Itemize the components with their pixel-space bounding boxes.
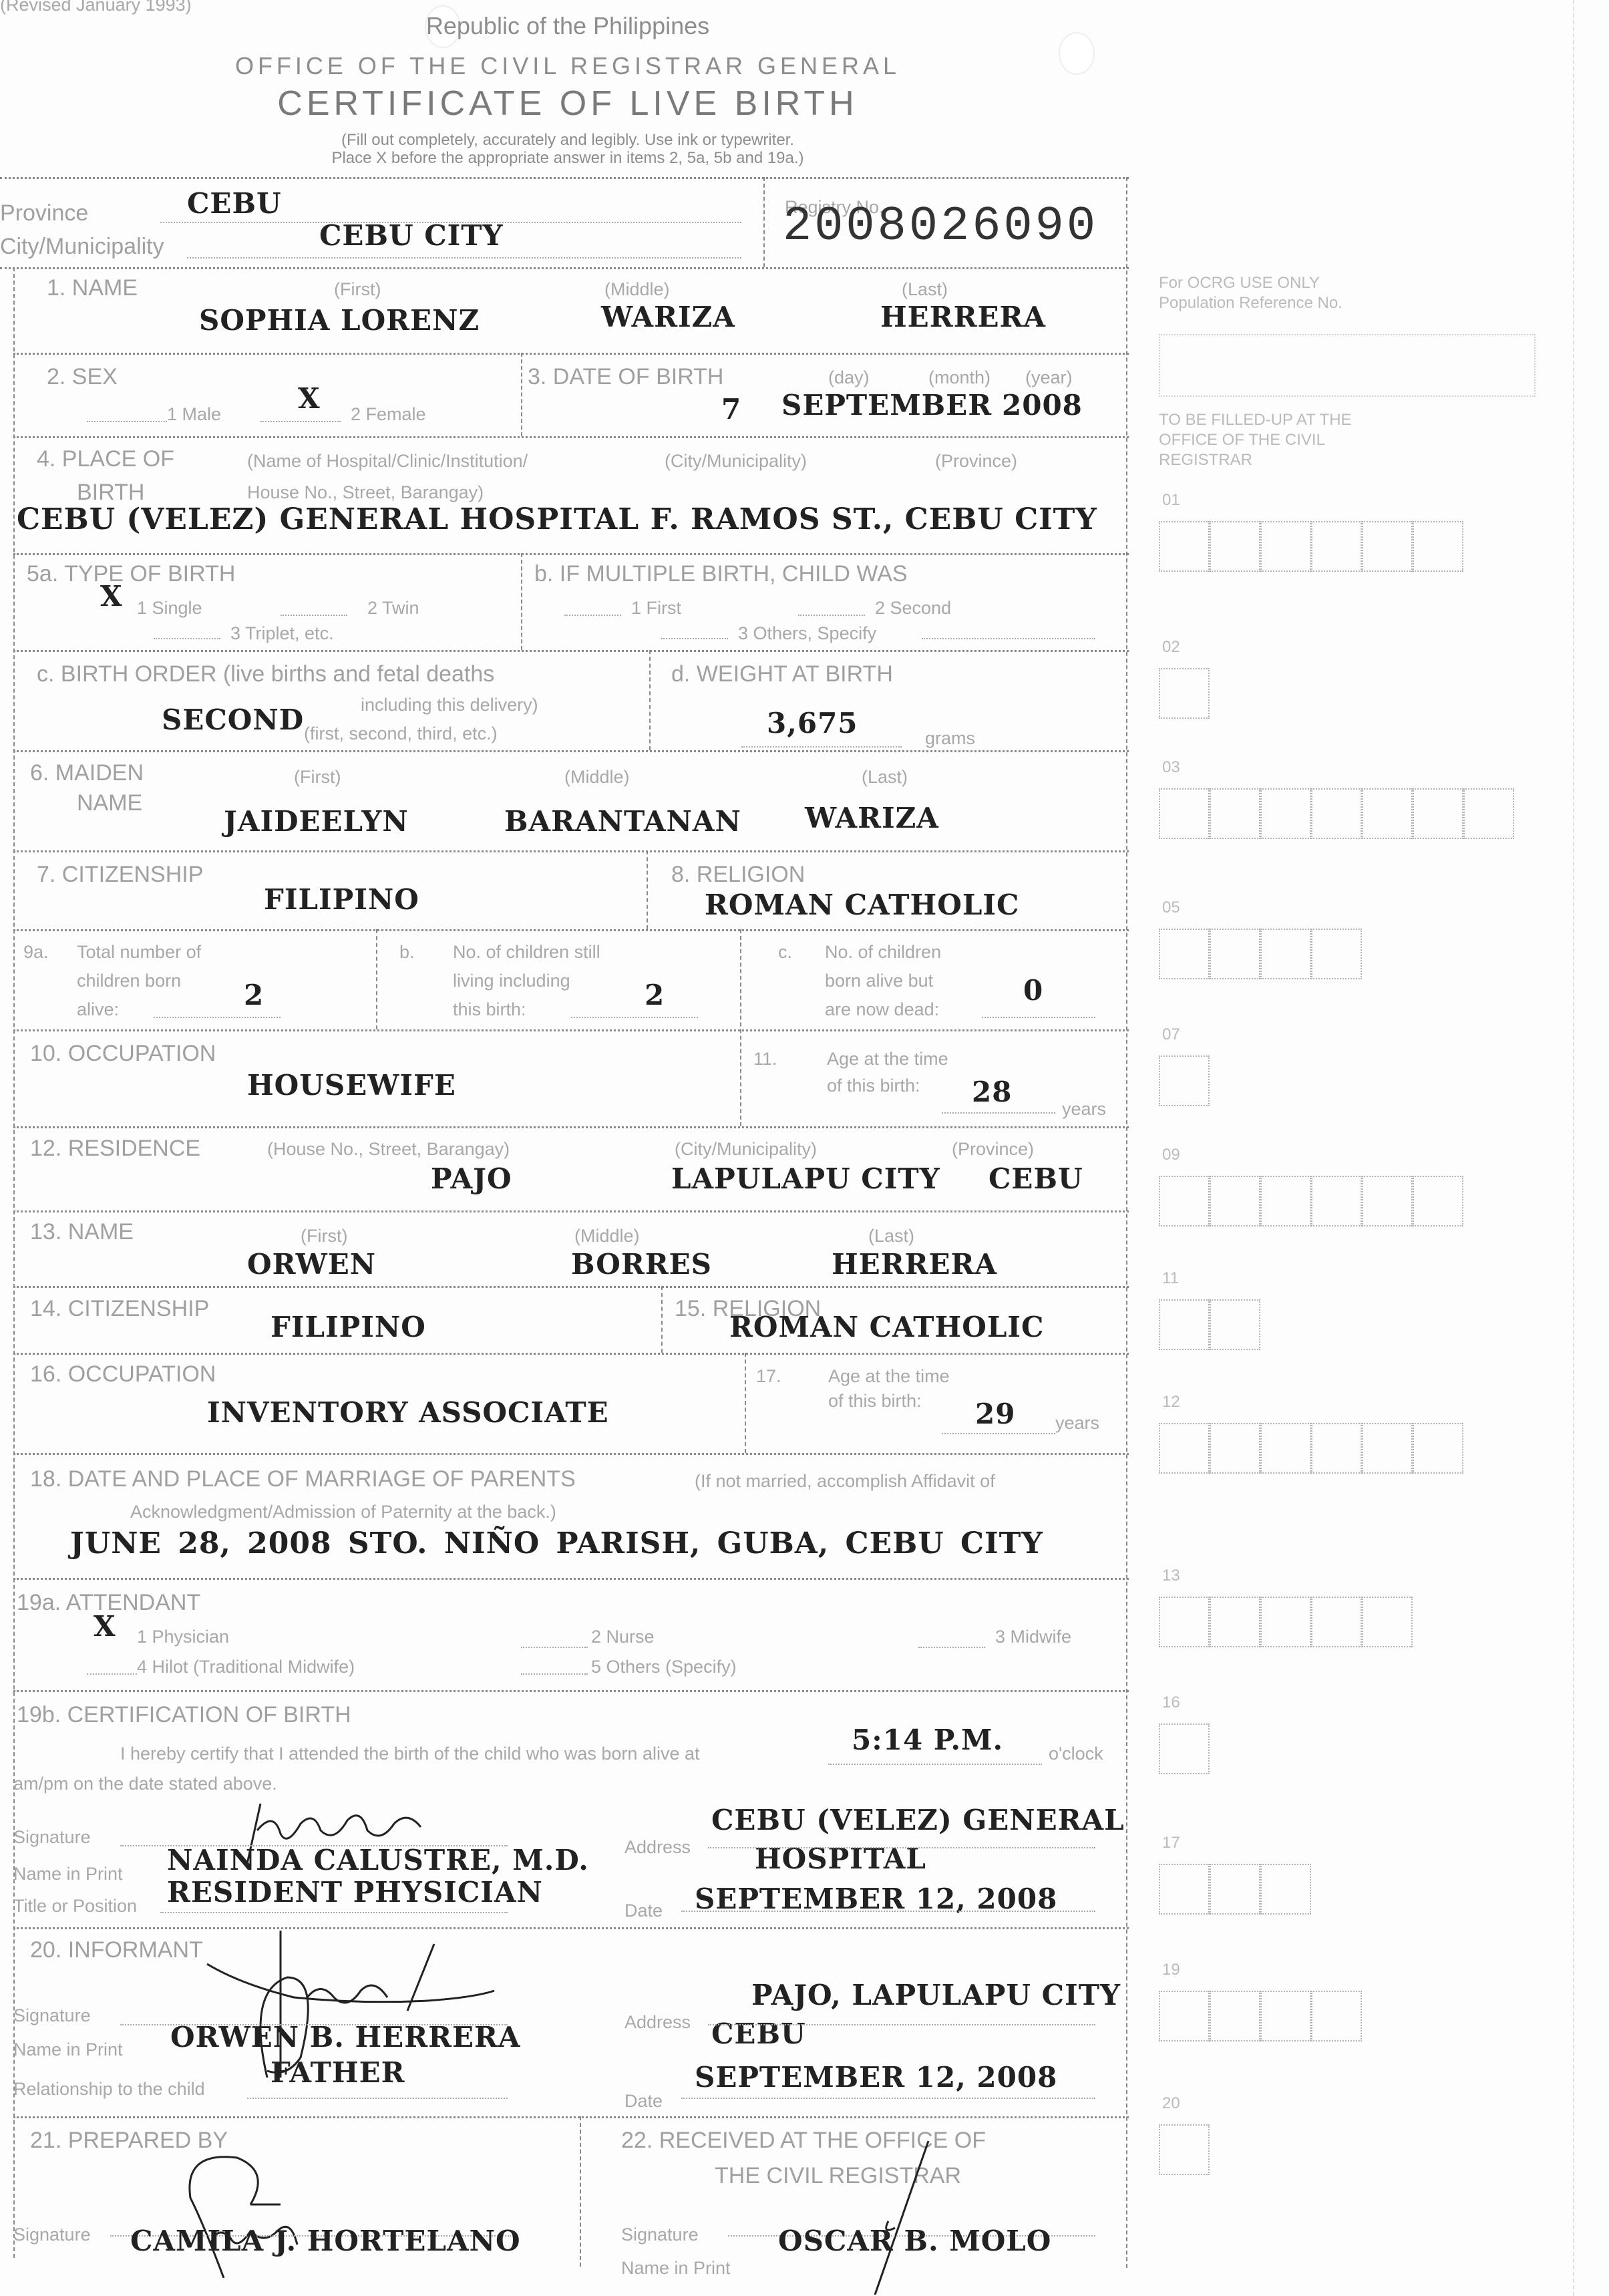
res-hint-3: (Province) [952, 1139, 1034, 1160]
ocrg-code-box [1159, 1864, 1210, 1915]
mother-age-line-2: of this birth: [827, 1076, 920, 1096]
father-occupation-label: 16. OCCUPATION [30, 1361, 216, 1387]
children-living: 2 [645, 979, 665, 1011]
ocrg-code-label: 02 [1162, 638, 1180, 657]
informant-name-label: Name in Print [13, 2039, 123, 2060]
father-citizenship-label: 14. CITIZENSHIP [30, 1296, 209, 1322]
certification-text-1: I hereby certify that I attended the bir… [120, 1744, 700, 1764]
cert-name-label: Name in Print [13, 1864, 123, 1884]
informant-address-1: PAJO, LAPULAPU CITY [751, 1979, 1121, 2011]
informant-relationship-label: Relationship to the child [13, 2079, 205, 2100]
marriage-label: 18. DATE AND PLACE OF MARRIAGE OF PARENT… [30, 1466, 576, 1492]
birth-certificate-page: (Revised January 1993) Republic of the P… [0, 0, 1609, 2296]
ocrg-code-box [1260, 521, 1311, 572]
attendant-nurse: 2 Nurse [591, 1627, 655, 1647]
ocrg-code-box [1159, 668, 1210, 719]
province-value: CEBU [187, 187, 282, 220]
month-hint: (month) [928, 367, 991, 388]
ocrg-title-2: Population Reference No. [1159, 294, 1343, 313]
office-line: OFFICE OF THE CIVIL REGISTRAR GENERAL [0, 52, 1135, 80]
ocrg-code-box [1210, 1991, 1260, 2041]
dead-line-1: No. of children [825, 942, 941, 963]
father-middle-hint: (Middle) [574, 1226, 640, 1247]
father-occupation: INVENTORY ASSOCIATE [207, 1396, 609, 1429]
ocrg-code-box [1159, 788, 1210, 839]
child-last-name: HERRERA [880, 301, 1046, 333]
type-of-birth-label: 5a. TYPE OF BIRTH [27, 561, 235, 587]
sex-option-female: 2 Female [351, 404, 426, 425]
province-label: Province [0, 200, 88, 226]
ocrg-code-label: 12 [1162, 1393, 1180, 1412]
sex-label: 2. SEX [47, 364, 118, 390]
ocrg-code-box [1413, 788, 1463, 839]
certification-text-2: am/pm on the date stated above. [13, 1774, 277, 1794]
sex-mark: X [298, 382, 321, 415]
dob-day: 7 [721, 393, 741, 426]
child-first-name: SOPHIA LORENZ [199, 304, 480, 337]
ocrg-code-label: 01 [1162, 491, 1180, 510]
ocrg-code-box [1210, 1597, 1260, 1647]
middle-hint: (Middle) [604, 279, 670, 300]
informant-name: ORWEN B. HERRERA [170, 2021, 521, 2054]
ocrg-code-box [1311, 788, 1362, 839]
attendant-hilot: 4 Hilot (Traditional Midwife) [137, 1657, 355, 1677]
father-age-line-2: of this birth: [828, 1391, 922, 1412]
attendant-physician: 1 Physician [137, 1627, 229, 1647]
ocrg-code-box [1463, 788, 1514, 839]
multi-others: 3 Others, Specify [738, 623, 876, 644]
living-line-3: this birth: [453, 999, 526, 1020]
ocrg-title-1: For OCRG USE ONLY [1159, 274, 1320, 293]
ocrg-code-box [1159, 2124, 1210, 2175]
ocrg-code-label: 19 [1162, 1961, 1180, 1979]
physician-title: RESIDENT PHYSICIAN [167, 1876, 543, 1909]
certification-oclock: o'clock [1049, 1744, 1103, 1764]
attendant-midwife: 3 Midwife [995, 1627, 1071, 1647]
mother-occupation: HOUSEWIFE [247, 1069, 456, 1102]
residence-street: PAJO [431, 1162, 512, 1195]
ocrg-code-label: 07 [1162, 1025, 1180, 1044]
ocrg-code-box [1210, 1864, 1260, 1915]
residence-city: LAPULAPU CITY [671, 1162, 940, 1195]
ocrg-code-box [1260, 1597, 1311, 1647]
ocrg-code-box [1159, 929, 1210, 979]
ocrg-code-label: 16 [1162, 1693, 1180, 1712]
informant-relationship: FATHER [271, 2056, 405, 2089]
father-religion: ROMAN CATHOLIC [729, 1311, 1044, 1343]
ocrg-code-box [1210, 1299, 1260, 1350]
mother-religion-label: 8. RELIGION [671, 862, 805, 888]
father-age: 29 [975, 1398, 1015, 1430]
mother-religion: ROMAN CATHOLIC [705, 888, 1019, 921]
ocrg-code-box [1311, 1991, 1362, 2041]
ocrg-code-label: 09 [1162, 1146, 1180, 1164]
informant-address-2: CEBU [711, 2017, 806, 2050]
ocrg-code-box [1362, 788, 1413, 839]
ocrg-fill-3: REGISTRAR [1159, 451, 1252, 470]
born-alive-num: 9a. [23, 942, 49, 963]
ocrg-code-box [1362, 1423, 1413, 1474]
ocrg-code-box [1311, 1176, 1362, 1226]
ocrg-fill-1: TO BE FILLED-UP AT THE [1159, 411, 1352, 430]
dob-year: 2008 [1002, 389, 1083, 422]
ocrg-code-label: 17 [1162, 1834, 1180, 1852]
city-value: CEBU CITY [319, 219, 504, 252]
ocrg-code-box [1260, 1176, 1311, 1226]
ocrg-code-label: 05 [1162, 898, 1180, 917]
ocrg-code-box [1311, 1597, 1362, 1647]
informant-signature-label: Signature [13, 2005, 91, 2026]
dead-line-3: are now dead: [825, 999, 939, 1020]
ocrg-code-box [1210, 788, 1260, 839]
cert-signature-label: Signature [13, 1827, 91, 1848]
ocrg-code-box [1159, 1724, 1210, 1774]
pob-hint-1: (Name of Hospital/Clinic/Institution/ [247, 451, 528, 472]
mother-age: 28 [972, 1076, 1012, 1108]
father-age-line-1: Age at the time [828, 1366, 950, 1387]
residence-label: 12. RESIDENCE [30, 1136, 200, 1162]
cert-date-label: Date [624, 1901, 663, 1921]
ocrg-code-box [1210, 521, 1260, 572]
father-age-num: 17. [756, 1366, 781, 1387]
cert-title-label: Title or Position [13, 1896, 137, 1917]
ocrg-code-box [1260, 788, 1311, 839]
father-first-name: ORWEN [247, 1248, 376, 1281]
ocrg-code-box [1260, 1423, 1311, 1474]
father-middle-name: BORRES [571, 1248, 712, 1281]
marriage-value: JUNE 28, 2008 STO. NIÑO PARISH, GUBA, CE… [70, 1526, 1043, 1561]
father-last-name: HERRERA [832, 1248, 997, 1281]
weight-label: d. WEIGHT AT BIRTH [671, 661, 893, 687]
father-first-hint: (First) [301, 1226, 347, 1247]
type-single: 1 Single [137, 598, 202, 619]
weight-value: 3,675 [767, 707, 858, 740]
cert-address-label: Address [624, 1837, 691, 1858]
informant-date-label: Date [624, 2091, 663, 2112]
last-hint: (Last) [902, 279, 948, 300]
preparer-name: CAMILA J. HORTELANO [130, 2225, 521, 2257]
physician-address-1: CEBU (VELEZ) GENERAL [711, 1804, 1125, 1836]
day-hint: (day) [828, 367, 870, 388]
children-dead: 0 [1023, 974, 1043, 1007]
birth-order-value: SECOND [162, 703, 304, 736]
ocrg-code-box [1159, 1299, 1210, 1350]
received-name-label: Name in Print [621, 2258, 731, 2279]
birth-time: 5:14 P.M. [852, 1724, 1003, 1756]
registrar-name: OSCAR B. MOLO [778, 2225, 1051, 2257]
ocrg-code-box [1159, 521, 1210, 572]
mother-last-hint: (Last) [862, 767, 908, 788]
multi-first: 1 First [631, 598, 681, 619]
ocrg-code-box [1260, 1864, 1311, 1915]
living-num: b. [399, 942, 415, 963]
certificate-title: CERTIFICATE OF LIVE BIRTH [0, 84, 1135, 124]
registry-number: 2008026090 [783, 199, 1098, 254]
mother-first-hint: (First) [294, 767, 341, 788]
mother-age-num: 11. [753, 1049, 777, 1070]
dead-line-2: born alive but [825, 971, 933, 991]
ocrg-code-box [1413, 1423, 1463, 1474]
ocrg-code-box [1362, 521, 1413, 572]
received-signature-label: Signature [621, 2225, 699, 2245]
child-middle-name: WARIZA [601, 301, 735, 333]
born-alive-line-1: Total number of [77, 942, 201, 963]
ocrg-code-box [1159, 1055, 1210, 1106]
order-hint-2: (first, second, third, etc.) [304, 723, 498, 744]
pob-hint-2: House No., Street, Barangay) [247, 482, 484, 503]
ocrg-code-box [1159, 1176, 1210, 1226]
ocrg-code-box [1159, 1423, 1210, 1474]
dob-month: SEPTEMBER [781, 389, 992, 422]
father-age-unit: years [1055, 1413, 1099, 1434]
dead-num: c. [778, 942, 792, 963]
mother-middle-name: BARANTANAN [504, 805, 741, 838]
marriage-hint-2: Acknowledgment/Admission of Paternity at… [130, 1502, 556, 1522]
ocrg-code-box [1311, 1423, 1362, 1474]
ocrg-code-label: 11 [1162, 1269, 1179, 1288]
year-hint: (year) [1025, 367, 1073, 388]
mother-first-name: JAIDEELYN [224, 805, 409, 838]
ocrg-code-box [1362, 1597, 1413, 1647]
attendant-mark: X [94, 1610, 116, 1643]
informant-signature [187, 1924, 534, 2078]
prepared-signature-label: Signature [13, 2225, 91, 2245]
mother-occupation-label: 10. OCCUPATION [30, 1041, 216, 1067]
birth-order-label: c. BIRTH ORDER (live births and fetal de… [37, 661, 494, 687]
ocrg-code-box [1260, 929, 1311, 979]
preparer-signature [164, 2144, 337, 2278]
type-twin: 2 Twin [367, 598, 419, 619]
living-line-2: living including [453, 971, 570, 991]
res-hint-1: (House No., Street, Barangay) [267, 1139, 510, 1160]
children-born-alive: 2 [244, 979, 264, 1011]
ocrg-code-box [1413, 1176, 1463, 1226]
born-alive-line-2: children born [77, 971, 181, 991]
pob-city-hint: (City/Municipality) [665, 451, 807, 472]
ocrg-code-box [1362, 1176, 1413, 1226]
ocrg-code-box [1260, 1991, 1311, 2041]
maiden-name-label-2: NAME [77, 790, 142, 816]
marriage-hint-1: (If not married, accomplish Affidavit of [695, 1471, 995, 1492]
population-reference-box [1159, 334, 1536, 397]
type-of-birth-mark: X [100, 580, 123, 613]
dob-label: 3. DATE OF BIRTH [528, 364, 723, 390]
certification-label: 19b. CERTIFICATION OF BIRTH [17, 1702, 351, 1728]
pob-province-hint: (Province) [935, 451, 1017, 472]
place-of-birth: CEBU (VELEZ) GENERAL HOSPITAL F. RAMOS S… [17, 502, 1097, 536]
type-triplet: 3 Triplet, etc. [230, 623, 334, 644]
ocrg-code-box [1311, 929, 1362, 979]
ocrg-code-box [1159, 1991, 1210, 2041]
mother-middle-hint: (Middle) [564, 767, 630, 788]
maiden-name-label-1: 6. MAIDEN [30, 760, 144, 786]
informant-date: SEPTEMBER 12, 2008 [695, 2061, 1057, 2094]
res-hint-2: (City/Municipality) [675, 1139, 817, 1160]
informant-address-label: Address [624, 2012, 691, 2033]
mother-citizenship-label: 7. CITIZENSHIP [37, 862, 203, 888]
ocrg-fill-2: OFFICE OF THE CIVIL [1159, 431, 1325, 450]
ocrg-code-box [1413, 521, 1463, 572]
registrar-signature [862, 2141, 942, 2295]
informant-label: 20. INFORMANT [30, 1937, 203, 1963]
father-citizenship: FILIPINO [271, 1311, 426, 1343]
instructions-line-2: Place X before the appropriate answer in… [0, 149, 1135, 168]
ocrg-code-box [1311, 521, 1362, 572]
weight-unit: grams [925, 728, 975, 749]
born-alive-line-3: alive: [77, 999, 119, 1020]
father-last-hint: (Last) [868, 1226, 914, 1247]
ocrg-code-box [1159, 1597, 1210, 1647]
city-label: City/Municipality [0, 234, 164, 260]
ocrg-code-box [1210, 1176, 1260, 1226]
ocrg-code-label: 03 [1162, 758, 1180, 777]
physician-name: NAINDA CALUSTRE, M.D. [167, 1844, 589, 1876]
attendant-others: 5 Others (Specify) [591, 1657, 737, 1677]
mother-age-line-1: Age at the time [827, 1049, 948, 1070]
ocrg-code-box [1210, 1423, 1260, 1474]
mother-age-unit: years [1062, 1099, 1106, 1120]
order-hint-1: including this delivery) [361, 695, 538, 715]
pob-label-1: 4. PLACE OF [37, 446, 174, 472]
first-hint: (First) [334, 279, 381, 300]
ocrg-code-box [1210, 929, 1260, 979]
sex-option-male: 1 Male [167, 404, 221, 425]
living-line-1: No. of children still [453, 942, 600, 963]
instructions-line-1: (Fill out completely, accurately and leg… [0, 131, 1135, 150]
child-name-label: 1. NAME [47, 275, 138, 301]
residence-province: CEBU [989, 1162, 1083, 1195]
mother-citizenship: FILIPINO [264, 883, 419, 916]
father-name-label: 13. NAME [30, 1219, 134, 1245]
multi-second: 2 Second [875, 598, 951, 619]
republic-line: Republic of the Philippines [0, 12, 1135, 40]
multiple-birth-label: b. IF MULTIPLE BIRTH, CHILD WAS [534, 561, 908, 587]
mother-last-name: WARIZA [805, 802, 939, 834]
ocrg-code-label: 13 [1162, 1567, 1180, 1585]
ocrg-code-label: 20 [1162, 2094, 1180, 2113]
